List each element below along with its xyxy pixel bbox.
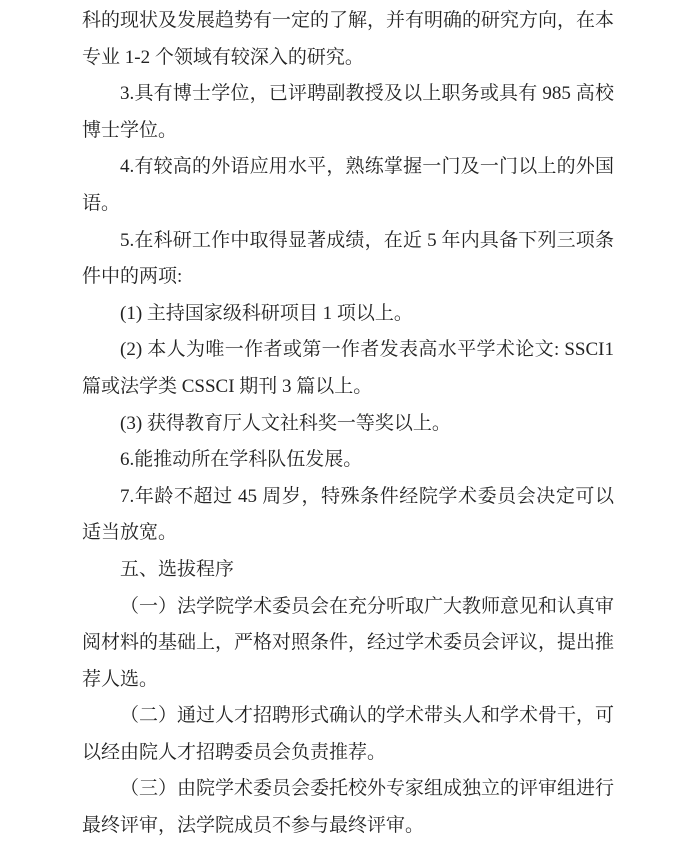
paragraph-procedure-item-2: （二）通过人才招聘形式确认的学术带头人和学术骨干，可以经由院人才招聘委员会负责推…: [82, 698, 614, 771]
paragraph-subitem-3: (3) 获得教育厅人文社科奖一等奖以上。: [82, 406, 614, 443]
paragraph-subitem-2: (2) 本人为唯一作者或第一作者发表高水平学术论文: SSCI1 篇或法学类 C…: [82, 332, 614, 405]
paragraph-condition-3: 3.具有博士学位，已评聘副教授及以上职务或具有 985 高校博士学位。: [82, 76, 614, 149]
paragraph-condition-4: 4.有较高的外语应用水平，熟练掌握一门及一门以上的外国语。: [82, 149, 614, 222]
paragraph-condition-7: 7.年龄不超过 45 周岁，特殊条件经院学术委员会决定可以适当放宽。: [82, 479, 614, 552]
section-heading-selection-procedure: 五、选拔程序: [82, 552, 614, 589]
paragraph-subitem-1: (1) 主持国家级科研项目 1 项以上。: [82, 296, 614, 333]
paragraph-procedure-item-3: （三）由院学术委员会委托校外专家组成独立的评审组进行最终评审，法学院成员不参与最…: [82, 771, 614, 844]
paragraph-condition-5: 5.在科研工作中取得显著成绩，在近 5 年内具备下列三项条件中的两项:: [82, 223, 614, 296]
paragraph-continuation: 科的现状及发展趋势有一定的了解，并有明确的研究方向，在本专业 1-2 个领域有较…: [82, 3, 614, 76]
paragraph-procedure-item-1: （一）法学院学术委员会在充分听取广大教师意见和认真审阅材料的基础上，严格对照条件…: [82, 589, 614, 699]
paragraph-condition-6: 6.能推动所在学科队伍发展。: [82, 442, 614, 479]
document-page: 科的现状及发展趋势有一定的了解，并有明确的研究方向，在本专业 1-2 个领域有较…: [0, 0, 700, 844]
